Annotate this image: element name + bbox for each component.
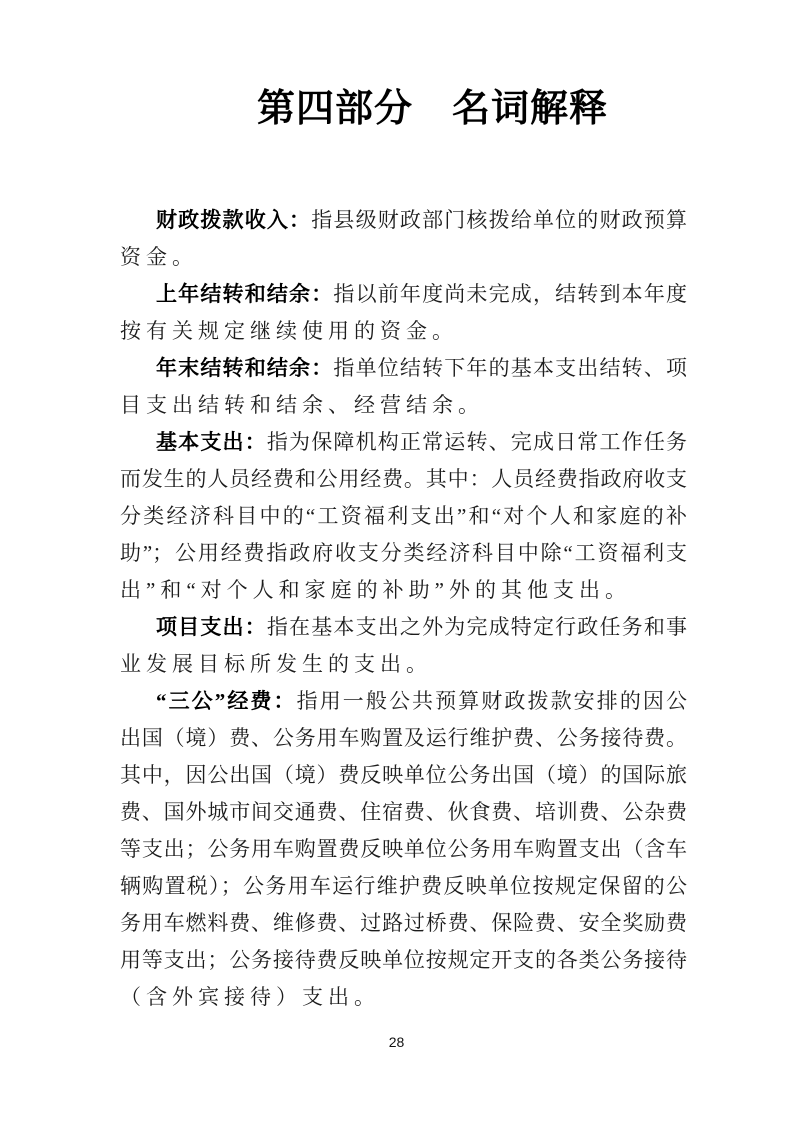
glossary-paragraph: 基本支出：指为保障机构正常运转、完成日常工作任务而发生的人员经费和公用经费。其中… [120,424,687,609]
term-label: 上年结转和结余： [156,282,333,306]
body-line: 其中，因公出国（境）费反映单位公务出国（境）的国际旅 [120,757,687,794]
term-label: 基本支出： [156,430,267,454]
body-line: 按有关规定继续使用的资金。 [120,313,687,350]
body-line: 辆购置税）；公务用车运行维护费反映单位按规定保留的公 [120,868,687,905]
definition-text: 指在基本支出之外为完成特定行政任务和事 [267,615,687,639]
body-line: 财政拨款收入：指县级财政部门核拨给单位的财政预算 [120,202,687,239]
glossary-paragraph: “三公”经费：指用一般公共预算财政拨款安排的因公出国（境）费、公务用车购置及运行… [120,683,687,1016]
body-line: 基本支出：指为保障机构正常运转、完成日常工作任务 [120,424,687,461]
glossary-paragraph: 年末结转和结余：指单位结转下年的基本支出结转、项目支出结转和结余、经营结余。 [120,350,687,424]
body-line: 业发展目标所发生的支出。 [120,646,687,683]
body-line: 资金。 [120,239,687,276]
body-line: 助”；公用经费指政府收支分类经济科目中除“工资福利支 [120,535,687,572]
body-line: 出”和“对个人和家庭的补助”外的其他支出。 [120,572,687,609]
document-page: 第四部分 名词解释 财政拨款收入：指县级财政部门核拨给单位的财政预算资金。上年结… [0,0,793,1122]
body-line: 目支出结转和结余、经营结余。 [120,387,687,424]
body-line: 项目支出：指在基本支出之外为完成特定行政任务和事 [120,609,687,646]
definition-text: 指以前年度尚未完成，结转到本年度 [333,282,687,306]
body-line: 出国（境）费、公务用车购置及运行维护费、公务接待费。 [120,720,687,757]
term-label: “三公”经费： [156,689,297,713]
definition-text: 指为保障机构正常运转、完成日常工作任务 [267,430,687,454]
glossary-paragraph: 项目支出：指在基本支出之外为完成特定行政任务和事业发展目标所发生的支出。 [120,609,687,683]
definition-text: 指县级财政部门核拨给单位的财政预算 [311,208,687,232]
glossary-paragraph: 财政拨款收入：指县级财政部门核拨给单位的财政预算资金。 [120,202,687,276]
body-line: 用等支出；公务接待费反映单位按规定开支的各类公务接待 [120,942,687,979]
body-line: 务用车燃料费、维修费、过路过桥费、保险费、安全奖励费 [120,905,687,942]
page-title: 第四部分 名词解释 [36,86,793,132]
term-label: 财政拨款收入： [156,208,311,232]
body-line: 而发生的人员经费和公用经费。其中：人员经费指政府收支 [120,461,687,498]
document-body: 财政拨款收入：指县级财政部门核拨给单位的财政预算资金。上年结转和结余：指以前年度… [120,202,687,1016]
term-label: 年末结转和结余： [156,356,333,380]
body-line: 上年结转和结余：指以前年度尚未完成，结转到本年度 [120,276,687,313]
body-line: （含外宾接待）支出。 [120,979,687,1016]
body-line: 费、国外城市间交通费、住宿费、伙食费、培训费、公杂费 [120,794,687,831]
body-line: 分类经济科目中的“工资福利支出”和“对个人和家庭的补 [120,498,687,535]
body-line: 等支出；公务用车购置费反映单位公务用车购置支出（含车 [120,831,687,868]
body-line: “三公”经费：指用一般公共预算财政拨款安排的因公 [120,683,687,720]
definition-text: 指用一般公共预算财政拨款安排的因公 [297,689,687,713]
definition-text: 指单位结转下年的基本支出结转、项 [333,356,687,380]
term-label: 项目支出： [156,615,267,639]
body-line: 年末结转和结余：指单位结转下年的基本支出结转、项 [120,350,687,387]
glossary-paragraph: 上年结转和结余：指以前年度尚未完成，结转到本年度按有关规定继续使用的资金。 [120,276,687,350]
page-number: 28 [0,1034,793,1050]
